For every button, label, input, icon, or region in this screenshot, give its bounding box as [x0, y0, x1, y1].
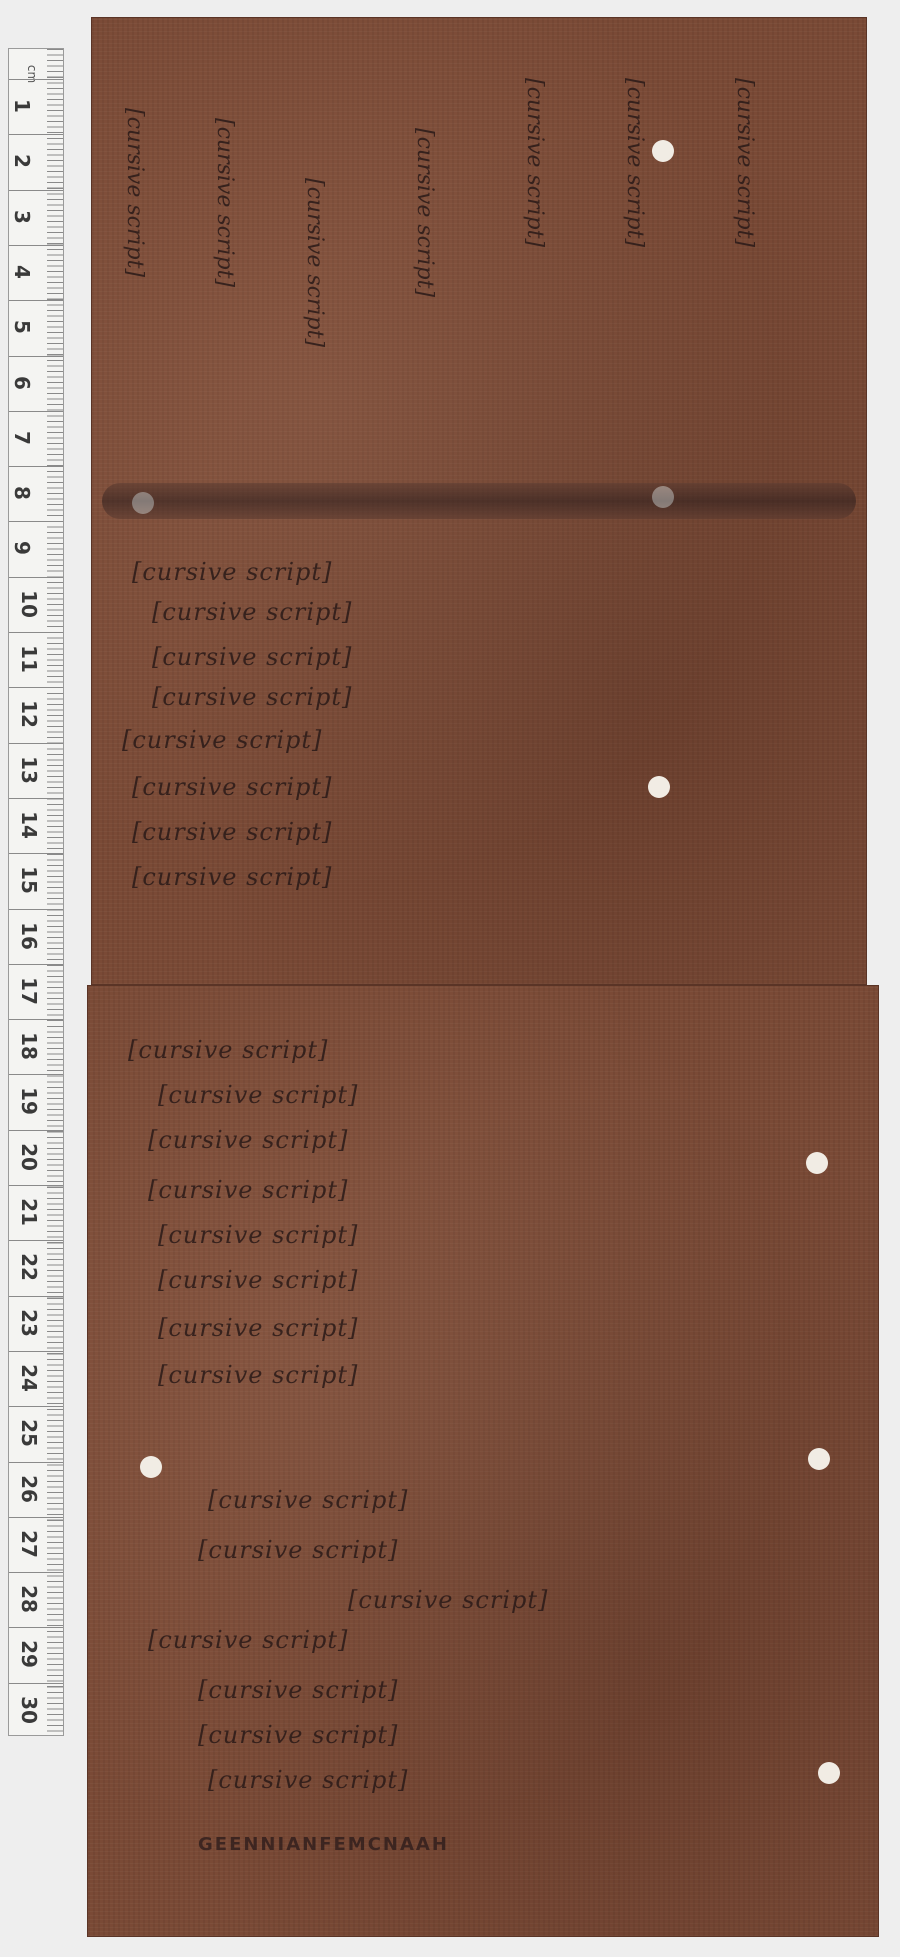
script-line: [cursive script] — [148, 1626, 348, 1654]
ruler-cm-label: 10 — [17, 590, 41, 618]
centimetre-ruler: cm 1234567891011121314151617181920212223… — [8, 48, 64, 1736]
ruler-cm-label: 6 — [10, 376, 34, 390]
ruler-cm-mark: 8 — [9, 466, 63, 522]
binding-hole — [808, 1448, 830, 1470]
script-line: [cursive script] — [302, 178, 327, 347]
ruler-cm-label: 2 — [10, 154, 34, 168]
ruler-cm-label: 21 — [17, 1198, 41, 1226]
script-line: [cursive script] — [132, 558, 332, 586]
ruler-cm-label: 14 — [17, 811, 41, 839]
ruler-cm-label: 8 — [10, 486, 34, 500]
ruler-cm-mark: 7 — [9, 411, 63, 467]
ruler-cm-mark: 30 — [9, 1683, 63, 1739]
script-line: [cursive script] — [198, 1721, 398, 1749]
script-line: [cursive script] — [158, 1361, 358, 1389]
script-line: [cursive script] — [732, 78, 757, 247]
ruler-cm-mark: 28 — [9, 1572, 63, 1628]
script-line: [cursive script] — [132, 773, 332, 801]
ruler-cm-label: 1 — [10, 99, 34, 113]
ruler-cm-label: 27 — [17, 1530, 41, 1558]
tablet-top: [cursive script] [cursive script] [cursi… — [92, 18, 866, 984]
ruler-cm-mark: 23 — [9, 1296, 63, 1352]
script-line: [cursive script] — [128, 1036, 328, 1064]
ruler-cm-label: 3 — [10, 210, 34, 224]
ruler-cm-label: 22 — [17, 1253, 41, 1281]
ruler-cm-mark: 16 — [9, 909, 63, 965]
ruler-cm-mark: 3 — [9, 190, 63, 246]
ruler-cm-mark: 5 — [9, 300, 63, 356]
ruler-cm-mark: 12 — [9, 687, 63, 743]
script-line: [cursive script] — [152, 643, 352, 671]
ruler-cm-mark: 18 — [9, 1019, 63, 1075]
ruler-cm-label: 24 — [17, 1364, 41, 1392]
ruler-cm-mark: 10 — [9, 577, 63, 633]
ruler-cm-mark: 2 — [9, 134, 63, 190]
script-line: [cursive script] — [208, 1766, 408, 1794]
ruler-cm-label: 20 — [17, 1143, 41, 1171]
ruler-cm-mark: 13 — [9, 743, 63, 799]
ruler-cm-label: 7 — [10, 431, 34, 445]
script-line: [cursive script] — [622, 78, 647, 247]
script-line: [cursive script] — [122, 108, 147, 277]
script-line: [cursive script] — [152, 683, 352, 711]
binding-hole — [818, 1762, 840, 1784]
ruler-cm-mark: 27 — [9, 1517, 63, 1573]
tablet-bottom: [cursive script] [cursive script] [cursi… — [88, 986, 878, 1936]
ruler-cm-label: 13 — [17, 756, 41, 784]
script-line: [cursive script] — [158, 1081, 358, 1109]
binding-hole — [652, 140, 674, 162]
ruler-cm-label: 28 — [17, 1585, 41, 1613]
ruler-cm-mark: 25 — [9, 1406, 63, 1462]
ruler-cm-mark: 29 — [9, 1627, 63, 1683]
ruler-cm-label: 30 — [17, 1696, 41, 1724]
binding-hole — [140, 1456, 162, 1478]
ruler-cm-label: 4 — [10, 265, 34, 279]
ruler-cm-mark: 14 — [9, 798, 63, 854]
ruler-cm-label: 19 — [17, 1087, 41, 1115]
binding-hole — [648, 776, 670, 798]
script-line: [cursive script] — [158, 1266, 358, 1294]
ruler-cm-label: 16 — [17, 922, 41, 950]
script-line: [cursive script] — [132, 863, 332, 891]
ruler-cm-label: 15 — [17, 866, 41, 894]
script-line: [cursive script] — [212, 118, 237, 287]
script-line: [cursive script] — [158, 1314, 358, 1342]
ruler-cm-mark: 15 — [9, 853, 63, 909]
ruler-cm-label: 25 — [17, 1419, 41, 1447]
ink-band — [102, 483, 856, 519]
script-line: [cursive script] — [122, 726, 322, 754]
ruler-cm-label: 5 — [10, 320, 34, 334]
ruler-cm-label: 26 — [17, 1475, 41, 1503]
ruler-cm-mark: 20 — [9, 1130, 63, 1186]
ruler-cm-mark: 1 — [9, 79, 63, 135]
ruler-cm-label: 9 — [10, 541, 34, 555]
script-line: [cursive script] — [198, 1536, 398, 1564]
ruler-cm-mark: 24 — [9, 1351, 63, 1407]
script-line: [cursive script] — [152, 598, 352, 626]
ruler-cm-mark: 9 — [9, 521, 63, 577]
binding-hole — [806, 1152, 828, 1174]
ruler-cm-label: 12 — [17, 700, 41, 728]
ruler-cm-mark: 17 — [9, 964, 63, 1020]
ruler-cm-mark: 22 — [9, 1240, 63, 1296]
ruler-cm-label: 18 — [17, 1032, 41, 1060]
ruler-cm-label: 23 — [17, 1309, 41, 1337]
ruler-cm-mark: 11 — [9, 632, 63, 688]
ruler-cm-mark: 21 — [9, 1185, 63, 1241]
ruler-cm-mark: 6 — [9, 356, 63, 412]
capitals-line: GEENNIANFEMCNAAH — [198, 1834, 449, 1855]
ruler-cm-mark: 4 — [9, 245, 63, 301]
script-line: [cursive script] — [522, 78, 547, 247]
script-line: [cursive script] — [348, 1586, 548, 1614]
ruler-cm-label: 17 — [17, 977, 41, 1005]
script-line: [cursive script] — [208, 1486, 408, 1514]
script-line: [cursive script] — [198, 1676, 398, 1704]
script-line: [cursive script] — [158, 1221, 358, 1249]
script-line: [cursive script] — [132, 818, 332, 846]
script-line: [cursive script] — [148, 1176, 348, 1204]
ruler-cm-label: 11 — [17, 645, 41, 673]
ruler-cm-mark: 19 — [9, 1074, 63, 1130]
ruler-cm-mark: 26 — [9, 1462, 63, 1518]
script-line: [cursive script] — [412, 128, 437, 297]
script-line: [cursive script] — [148, 1126, 348, 1154]
ruler-cm-label: 29 — [17, 1640, 41, 1668]
